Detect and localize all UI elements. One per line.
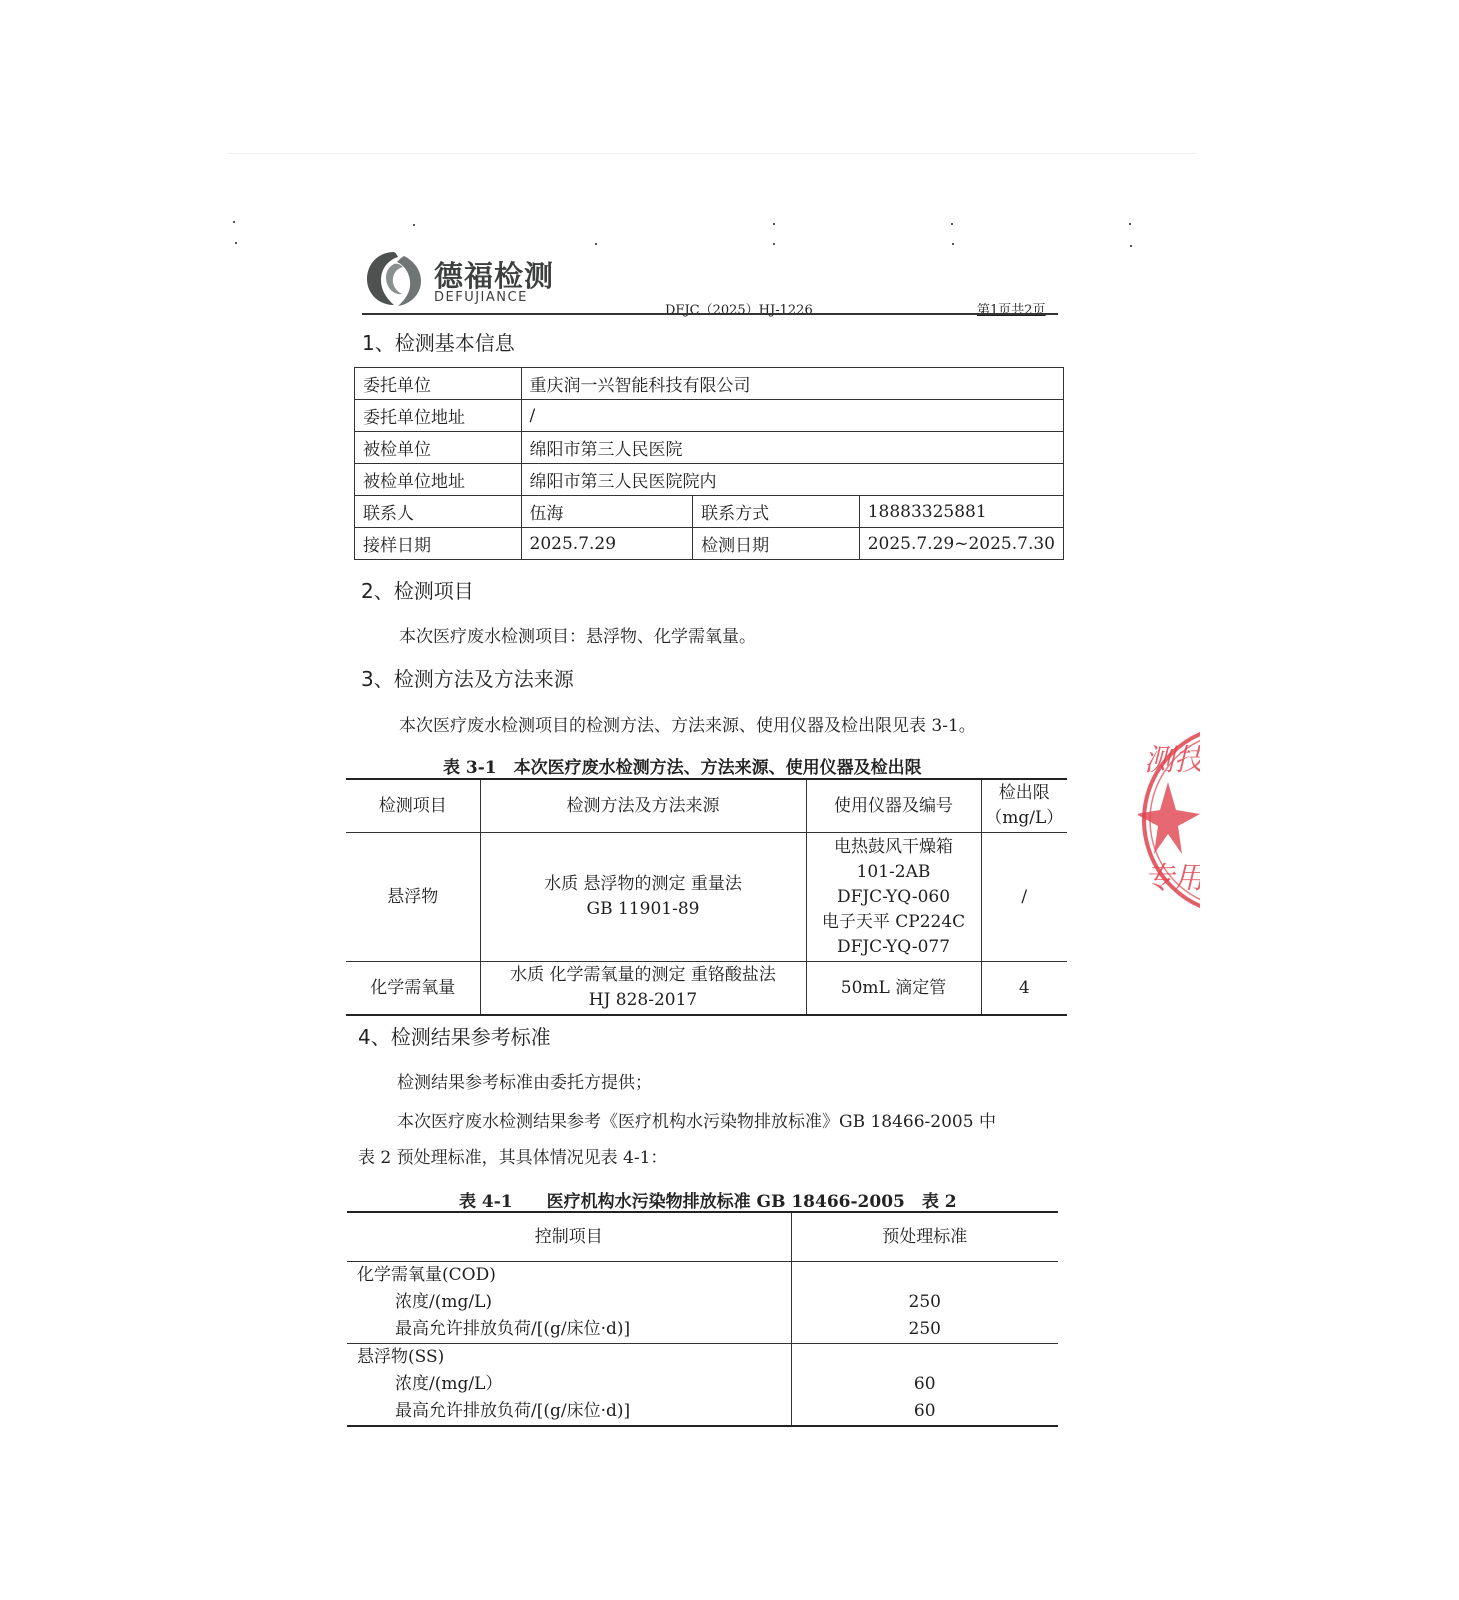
scan-edge-line: [228, 153, 1196, 154]
info-value: 2025.7.29: [521, 528, 693, 560]
method-standard: GB 11901-89: [482, 897, 805, 922]
method-cell: 水质 悬浮物的测定 重量法 GB 11901-89: [480, 833, 806, 962]
info-label: 接样日期: [355, 528, 522, 560]
section-3-text: 本次医疗废水检测项目的检测方法、方法来源、使用仪器及检出限见表 3-1。: [399, 711, 976, 736]
column-header: 控制项目: [347, 1212, 791, 1262]
instrument-line: 电子天平 CP224C: [808, 910, 980, 935]
scan-speck: [773, 223, 775, 225]
method-name: 水质 化学需氧量的测定 重铬酸盐法: [482, 963, 805, 988]
table-header-row: 检测项目 检测方法及方法来源 使用仪器及编号 检出限 （mg/L）: [346, 779, 1067, 833]
info-value: 伍海: [521, 496, 693, 528]
table-row: 联系人 伍海 联系方式 18883325881: [355, 496, 1064, 528]
seal-star-icon: 测技术 专用章: [1138, 722, 1200, 918]
scan-speck: [951, 223, 953, 225]
empty-cell: [791, 1344, 1058, 1372]
item-cell: 化学需氧量: [346, 962, 480, 1016]
section-4-text-3: 表 2 预处理标准，其具体情况见表 4-1：: [358, 1143, 667, 1168]
instrument-line: 电热鼓风干燥箱: [808, 835, 980, 860]
instrument-line: 101-2AB: [808, 860, 980, 885]
svg-text:专用章: 专用章: [1144, 861, 1200, 896]
param-value: 60: [791, 1398, 1058, 1426]
table-row: 浓度/(mg/L） 60: [347, 1371, 1058, 1398]
table-row: 最高允许排放负荷/[(g/床位·d)] 250: [347, 1316, 1058, 1344]
info-value: 绵阳市第三人民医院院内: [521, 464, 1063, 496]
method-cell: 水质 化学需氧量的测定 重铬酸盐法 HJ 828-2017: [480, 962, 806, 1016]
table-row: 委托单位 重庆润一兴智能科技有限公司: [355, 368, 1064, 400]
svg-text:测技术: 测技术: [1144, 743, 1200, 778]
group-name: 悬浮物(SS): [347, 1344, 791, 1372]
table-row: 被检单位地址 绵阳市第三人民医院院内: [355, 464, 1064, 496]
column-header: 检出限 （mg/L）: [981, 779, 1067, 833]
scan-speck: [952, 243, 954, 245]
info-label: 被检单位地址: [355, 464, 522, 496]
param-value: 250: [791, 1289, 1058, 1316]
table-row: 被检单位 绵阳市第三人民医院: [355, 432, 1064, 464]
logo-swirl-icon: [364, 248, 424, 308]
scan-speck: [413, 224, 415, 226]
scan-speck: [1130, 245, 1132, 247]
logo-chinese-name: 德福检测: [434, 254, 554, 295]
param-label: 最高允许排放负荷/[(g/床位·d)]: [347, 1398, 791, 1426]
section-1-title: 1、检测基本信息: [362, 327, 515, 356]
table-header-row: 控制项目 预处理标准: [347, 1212, 1058, 1262]
table-row: 接样日期 2025.7.29 检测日期 2025.7.29~2025.7.30: [355, 528, 1064, 560]
empty-cell: [791, 1262, 1058, 1290]
section-3-title: 3、检测方法及方法来源: [361, 663, 574, 692]
method-standard: HJ 828-2017: [482, 988, 805, 1013]
table-3-1-caption: 表 3-1 本次医疗废水检测方法、方法来源、使用仪器及检出限: [443, 753, 922, 778]
table-row: 浓度/(mg/L) 250: [347, 1289, 1058, 1316]
info-value: 2025.7.29~2025.7.30: [859, 528, 1063, 560]
page-indicator: 第1页共2页: [977, 299, 1046, 318]
company-logo: 德福检测 DEFUJIANCE: [364, 248, 554, 312]
column-header: 检测项目: [346, 779, 480, 833]
info-label: 被检单位: [355, 432, 522, 464]
item-cell: 悬浮物: [346, 833, 480, 962]
info-label: 委托单位地址: [355, 400, 522, 432]
scan-speck: [235, 242, 237, 244]
report-number: DFJC（2025）HJ-1226: [665, 299, 813, 318]
column-header: 检测方法及方法来源: [480, 779, 806, 833]
group-name: 化学需氧量(COD): [347, 1262, 791, 1290]
header-rule: [362, 313, 1058, 315]
column-header: 使用仪器及编号: [806, 779, 981, 833]
column-header: 预处理标准: [791, 1212, 1058, 1262]
limit-cell: 4: [981, 962, 1067, 1016]
table-row: 委托单位地址 /: [355, 400, 1064, 432]
instrument-cell: 50mL 滴定管: [806, 962, 981, 1016]
group-row: 化学需氧量(COD): [347, 1262, 1058, 1290]
method-name: 水质 悬浮物的测定 重量法: [482, 872, 805, 897]
official-seal: 测技术 专用章: [1138, 722, 1200, 918]
section-2-text: 本次医疗废水检测项目：悬浮物、化学需氧量。: [399, 622, 756, 647]
info-label: 委托单位: [355, 368, 522, 400]
param-label: 浓度/(mg/L）: [347, 1371, 791, 1398]
instrument-line: DFJC-YQ-060: [808, 885, 980, 910]
table-row: 最高允许排放负荷/[(g/床位·d)] 60: [347, 1398, 1058, 1426]
group-row: 悬浮物(SS): [347, 1344, 1058, 1372]
info-label: 联系方式: [693, 496, 860, 528]
limit-header-line2: （mg/L）: [983, 806, 1067, 831]
param-value: 250: [791, 1316, 1058, 1344]
param-value: 60: [791, 1371, 1058, 1398]
section-2-title: 2、检测项目: [361, 575, 474, 604]
standards-table: 控制项目 预处理标准 化学需氧量(COD) 浓度/(mg/L) 250 最高允许…: [347, 1211, 1058, 1427]
logo-english-name: DEFUJIANCE: [434, 290, 528, 305]
param-label: 浓度/(mg/L): [347, 1289, 791, 1316]
info-value: 绵阳市第三人民医院: [521, 432, 1063, 464]
section-4-text-1: 检测结果参考标准由委托方提供；: [397, 1068, 652, 1093]
table-4-1-caption: 表 4-1 医疗机构水污染物排放标准 GB 18466-2005 表 2: [459, 1187, 957, 1212]
info-value: /: [521, 400, 1063, 432]
table-row: 化学需氧量 水质 化学需氧量的测定 重铬酸盐法 HJ 828-2017 50mL…: [346, 962, 1067, 1016]
table-row: 悬浮物 水质 悬浮物的测定 重量法 GB 11901-89 电热鼓风干燥箱 10…: [346, 833, 1067, 962]
section-4-title: 4、检测结果参考标准: [358, 1021, 551, 1050]
param-label: 最高允许排放负荷/[(g/床位·d)]: [347, 1316, 791, 1344]
scan-speck: [595, 243, 597, 245]
basic-info-table: 委托单位 重庆润一兴智能科技有限公司 委托单位地址 / 被检单位 绵阳市第三人民…: [354, 367, 1064, 560]
instrument-line: DFJC-YQ-077: [808, 935, 980, 960]
section-4-text-2: 本次医疗废水检测结果参考《医疗机构水污染物排放标准》GB 18466-2005 …: [397, 1107, 996, 1132]
scan-speck: [773, 243, 775, 245]
scan-speck: [233, 221, 235, 223]
info-label: 联系人: [355, 496, 522, 528]
limit-header-line1: 检出限: [983, 781, 1067, 806]
info-label: 检测日期: [693, 528, 860, 560]
limit-cell: /: [981, 833, 1067, 962]
info-value: 重庆润一兴智能科技有限公司: [521, 368, 1063, 400]
instrument-cell: 电热鼓风干燥箱 101-2AB DFJC-YQ-060 电子天平 CP224C …: [806, 833, 981, 962]
methods-table: 检测项目 检测方法及方法来源 使用仪器及编号 检出限 （mg/L） 悬浮物 水质…: [346, 778, 1067, 1016]
info-value: 18883325881: [859, 496, 1063, 528]
scan-speck: [1129, 223, 1131, 225]
